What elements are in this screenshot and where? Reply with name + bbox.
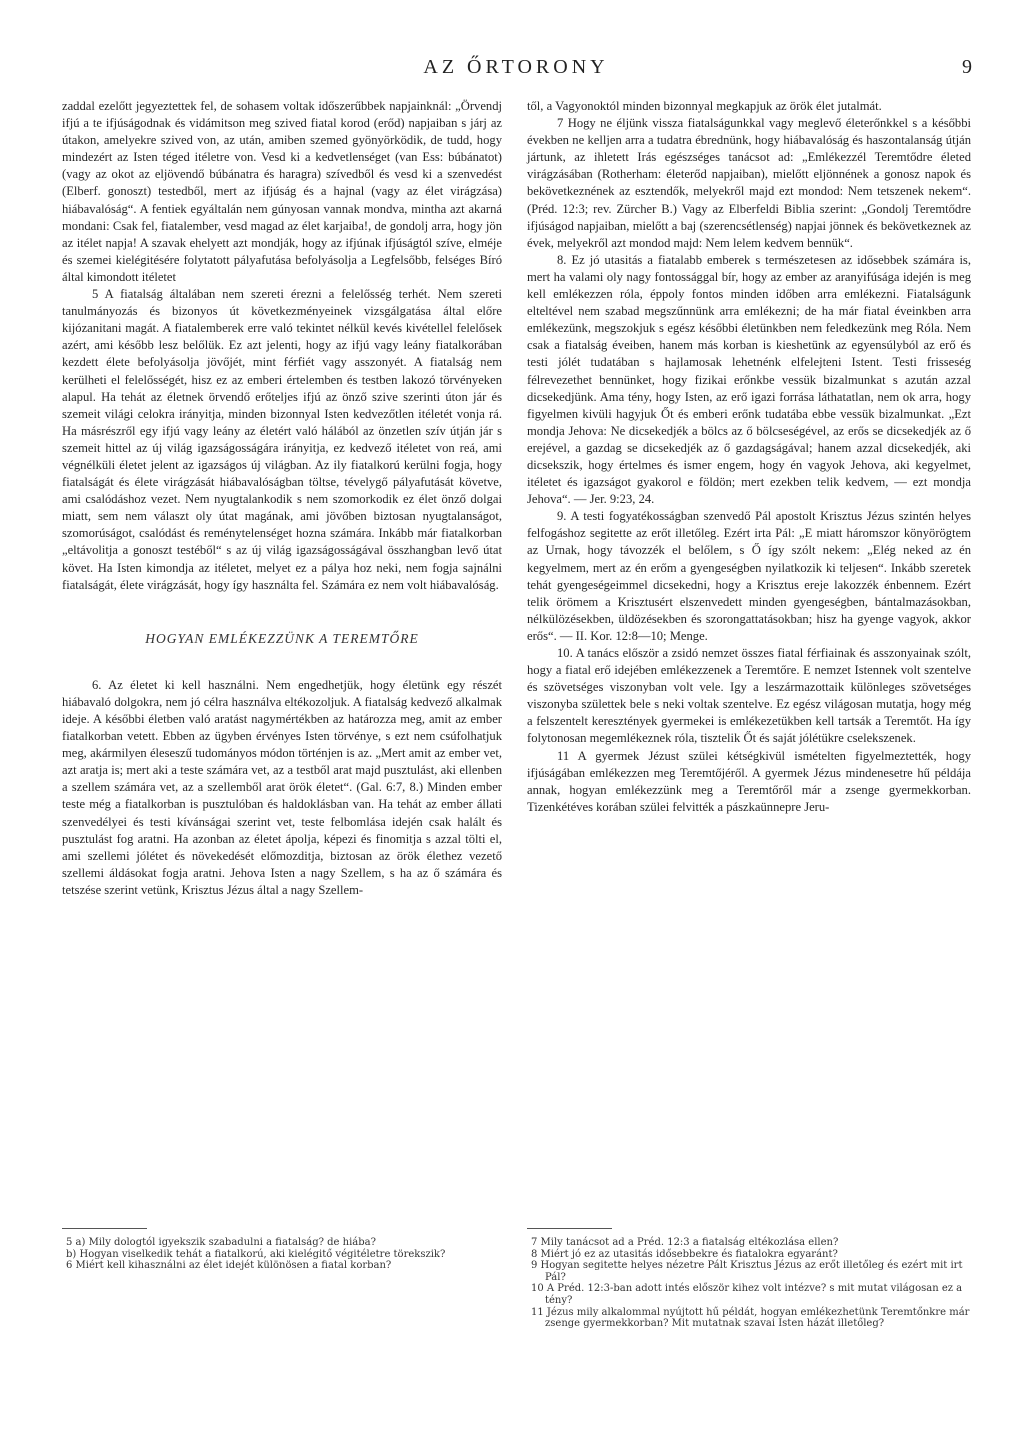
left-column: zaddal ezelőtt jegyeztettek fel, de soha… <box>62 98 502 899</box>
running-title: AZ ŐRTORONY <box>60 56 972 79</box>
footnote: 6 Miért kell kihasználni az élet idejét … <box>62 1260 502 1272</box>
paragraph-9: 9. A testi fogyatékosságban szenvedő Pál… <box>527 508 971 645</box>
paragraph-10: 10. A tanács először a zsidó nemzet össz… <box>527 645 971 748</box>
paragraph-11: 11 A gyermek Jézust szülei kétségkivül i… <box>527 748 971 816</box>
footnote: 5 a) Mily dologtól igyekszik szabadulni … <box>62 1237 502 1249</box>
page-header: AZ ŐRTORONY 9 <box>60 56 972 82</box>
footnote: 7 Mily tanácsot ad a Préd. 12:3 a fiatal… <box>527 1237 971 1249</box>
magazine-page: AZ ŐRTORONY 9 zaddal ezelőtt jegyeztette… <box>0 0 1024 1447</box>
footnote: 10 A Préd. 12:3-ban adott intés először … <box>527 1283 971 1306</box>
paragraph-5: 5 A fiatalság általában nem szereti érez… <box>62 286 502 594</box>
paragraph-continuation: től, a Vagyonoktól minden bizonnyal megk… <box>527 98 971 115</box>
paragraph-6: 6. Az életet ki kell használni. Nem enge… <box>62 677 502 899</box>
footnote-divider <box>527 1228 612 1229</box>
section-heading: HOGYAN EMLÉKEZZÜNK A TEREMTŐRE <box>62 630 502 647</box>
footnote: b) Hogyan viselkedik tehát a fiatalkorú,… <box>62 1249 502 1261</box>
left-footnotes: 5 a) Mily dologtól igyekszik szabadulni … <box>62 1212 502 1272</box>
right-column: től, a Vagyonoktól minden bizonnyal megk… <box>527 98 971 816</box>
footnote: 8 Miért jó ez az utasitás idősebbekre és… <box>527 1249 971 1261</box>
footnote: 9 Hogyan segitette helyes nézetre Pált K… <box>527 1260 971 1283</box>
page-number: 9 <box>962 56 972 79</box>
paragraph-continuation: zaddal ezelőtt jegyeztettek fel, de soha… <box>62 98 502 286</box>
right-footnotes: 7 Mily tanácsot ad a Préd. 12:3 a fiatal… <box>527 1212 971 1330</box>
footnote-divider <box>62 1228 147 1229</box>
paragraph-7: 7 Hogy ne éljünk vissza fiatalságunkkal … <box>527 115 971 252</box>
paragraph-8: 8. Ez jó utasitás a fiatalabb emberek s … <box>527 252 971 508</box>
footnote: 11 Jézus mily alkalommal nyújtott hű pél… <box>527 1307 971 1330</box>
